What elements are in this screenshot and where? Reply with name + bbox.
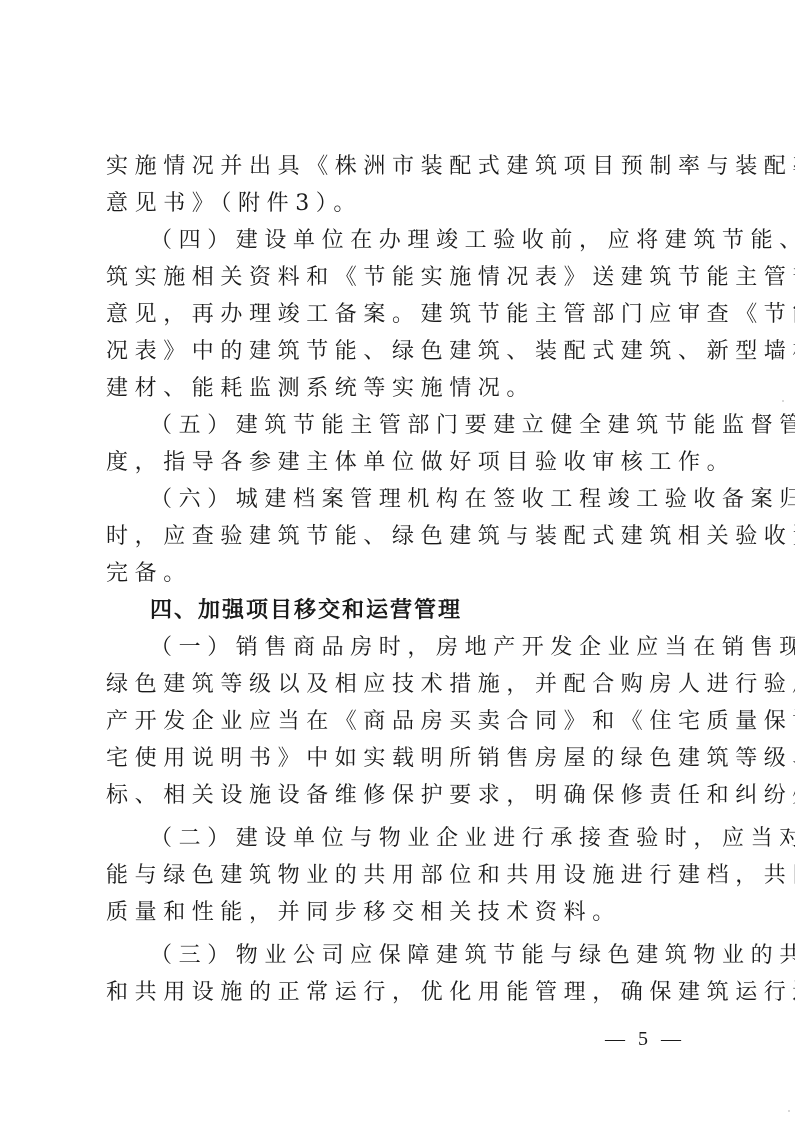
text-line: 和共用设施的正常运行，优化用能管理，确保建筑运行过程中的 xyxy=(106,974,696,1011)
text-line: 宅使用说明书》中如实载明所销售房屋的绿色建筑等级、技术指 xyxy=(106,740,696,777)
page-number: — 5 — xyxy=(605,1025,685,1053)
text-line: （四）建设单位在办理竣工验收前，应将建筑节能、绿色建 xyxy=(150,222,696,259)
text-line: 能与绿色建筑物业的共用部位和共用设施进行建档，共同查验其 xyxy=(106,857,696,894)
document-page: 实施情况并出具《株洲市装配式建筑项目预制率与装配率核算审查意见书》（附件3）。（… xyxy=(0,0,795,1122)
text-line: 完备。 xyxy=(106,555,696,592)
text-line: 产开发企业应当在《商品房买卖合同》和《住宅质量保证书》《住 xyxy=(106,703,696,740)
text-line: 意见，再办理竣工备案。建筑节能主管部门应审查《节能实施情 xyxy=(106,296,696,333)
text-line: （二）建设单位与物业企业进行承接查验时，应当对建筑节 xyxy=(150,820,696,857)
text-line: 意见书》（附件3）。 xyxy=(106,185,696,222)
text-line: （一）销售商品房时，房地产开发企业应当在销售现场明示 xyxy=(150,629,696,666)
text-line: 建材、能耗监测系统等实施情况。 xyxy=(106,370,696,407)
text-line: 况表》中的建筑节能、绿色建筑、装配式建筑、新型墙材、绿色 xyxy=(106,333,696,370)
text-line: 实施情况并出具《株洲市装配式建筑项目预制率与装配率核算审查 xyxy=(106,148,696,185)
scan-speck xyxy=(788,1110,790,1112)
scan-speck xyxy=(782,400,784,402)
text-line: 度，指导各参建主体单位做好项目验收审核工作。 xyxy=(106,444,696,481)
text-line: （六）城建档案管理机构在签收工程竣工验收备案归档文件 xyxy=(150,481,696,518)
text-line: （三）物业公司应保障建筑节能与绿色建筑物业的共用部位 xyxy=(150,937,696,974)
text-line: 标、相关设施设备维修保护要求，明确保修责任和纠纷处理方式。 xyxy=(106,777,696,814)
text-line: （五）建筑节能主管部门要建立健全建筑节能监督管理制 xyxy=(150,407,696,444)
text-line: 筑实施相关资料和《节能实施情况表》送建筑节能主管部门签署 xyxy=(106,259,696,296)
text-line: 时，应查验建筑节能、绿色建筑与装配式建筑相关验收资料是否 xyxy=(106,518,696,555)
text-line: 质量和性能，并同步移交相关技术资料。 xyxy=(106,894,696,931)
section-heading: 四、加强项目移交和运营管理 xyxy=(150,592,462,629)
text-line: 绿色建筑等级以及相应技术措施，并配合购房人进行验房。房地 xyxy=(106,666,696,703)
